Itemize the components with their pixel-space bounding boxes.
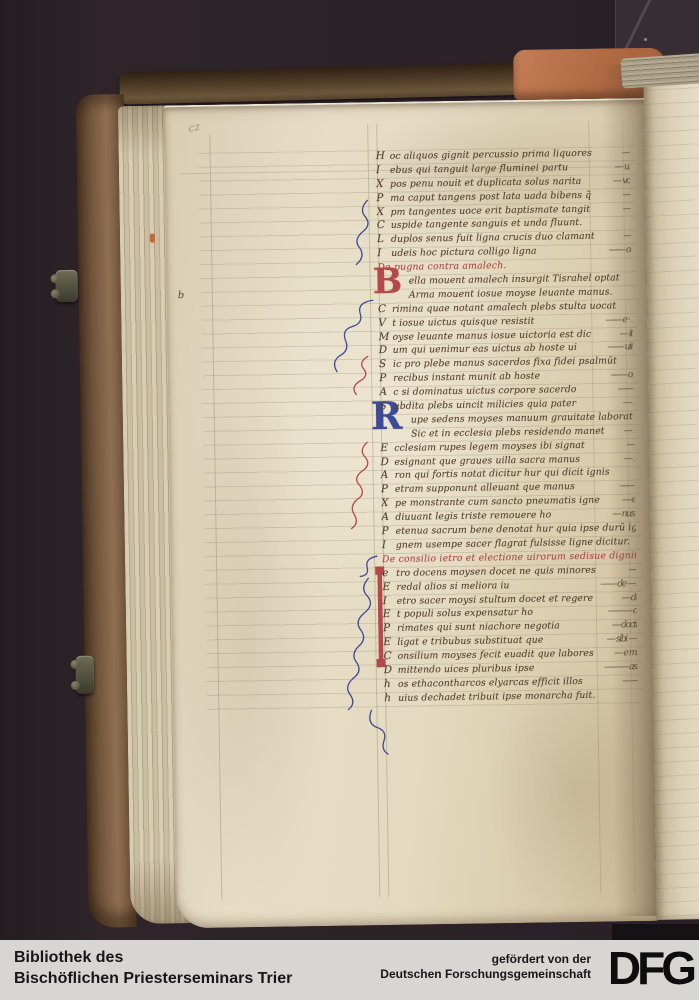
verse-initial-letter: I [376,164,390,178]
line-filler [613,285,632,299]
verse-initial-letter: P [376,192,390,206]
verse-initial-letter: P [381,525,395,539]
verse-initial-letter: P [381,483,395,497]
line-filler: — . [605,424,635,438]
verse-initial-letter: X [381,497,395,511]
line-filler [582,216,631,231]
line-filler: —— o. [537,243,632,258]
dust-speck [644,38,647,41]
line-filler [610,466,635,480]
manuscript-line: huius dechadet tribuit ipse monarcha fui… [384,688,638,706]
line-filler [616,299,632,313]
verse-initial-letter: E [383,636,397,650]
library-name-line2: Bischöflichen Priesterseminars Trier [14,968,292,989]
ruling-line-vertical [209,135,222,900]
line-filler [595,688,638,703]
verse-initial-letter: D [384,664,398,678]
funding-credit: gefördert von der Deutschen Forschungsge… [380,952,591,982]
book-clasp-upper [55,270,77,302]
verse-initial-letter: D [379,344,393,358]
clasp-knob [71,681,80,690]
line-filler: — e [600,493,635,507]
line-filler: — [591,188,630,203]
line-filler: — u. [568,160,630,175]
line-filler [630,535,636,549]
verse-initial-letter: I [382,539,396,553]
line-filler: — nus. [551,507,635,522]
funding-credit-line1: gefördert von der [380,952,591,967]
line-filler: — [595,229,632,243]
verse-initial-letter: P [383,622,397,636]
line-filler: — it [591,327,632,342]
verse-initial-letter: H [376,150,390,164]
line-filler: — sibi —. [543,632,637,647]
line-filler: — vo [581,174,630,189]
verse-initial-letter: C [377,219,391,233]
verse-initial-letter: X [376,178,390,192]
verse-initial-letter: I [383,594,397,608]
verse-initial-letter: P [379,372,393,386]
line-filler: — [585,438,635,453]
verse-initial-letter: h [384,678,398,692]
line-filler: —— [575,479,635,494]
verse-initial-letter: E [382,580,396,594]
verse-initial-letter: L [377,233,391,247]
line-filler [620,271,632,285]
line-filler: —— o. [540,368,633,383]
line-filler: — . [580,452,635,467]
leaf-edge-speck [150,234,155,243]
quire-mark: cz [187,120,202,135]
verse-initial-letter: E [383,608,397,622]
digitized-manuscript-photo: cz b B R I Hoc aliquos gignit percussio … [0,0,699,1000]
verse-text: udeis hoc pictura colligo ligna [391,245,537,261]
verse-initial-letter: M [378,330,392,344]
library-name: Bibliothek des Bischöflichen Priestersem… [14,947,292,989]
dfg-logo: DFG [608,941,693,995]
clasp-knob [51,289,60,298]
signature-mark: b [178,290,185,301]
verse-initial-letter: D [380,455,394,469]
verse-text: uius dechadet tribuit ipse monarcha fuit… [398,689,595,706]
line-filler: — di [593,591,637,606]
facing-page-fore-edge [620,52,699,88]
manuscript-text-block: Hoc aliquos gignit percussio prima liquo… [376,146,639,706]
line-filler: — [590,202,631,217]
verse-initial-letter: V [378,317,392,331]
funding-credit-line2: Deutschen Forschungsgemeinschaft [380,967,591,982]
verse-initial-letter: X [376,205,390,219]
book-clasp-lower [75,656,94,694]
line-filler [633,410,634,424]
verse-initial-letter: e [382,567,396,581]
digitization-banner: Bibliothek des Bischöflichen Priestersem… [0,940,699,1000]
line-filler: — . [576,396,634,411]
line-filler: —— [576,382,633,397]
clasp-knob [71,660,80,669]
verse-initial-letter: A [381,511,395,525]
library-name-line1: Bibliothek des [14,947,292,968]
line-filler: —— uit [577,341,633,356]
open-book: cz b B R I Hoc aliquos gignit percussio … [61,47,699,942]
line-filler: — [596,563,637,578]
verse-initial-letter: A [381,469,395,483]
line-filler: — e m. [594,646,638,661]
verse-initial-letter: E [380,442,394,456]
verse-initial-letter: I [377,247,391,261]
line-filler [617,354,633,368]
line-filler: — docti [560,618,637,633]
verse-initial-letter: h [384,692,398,706]
line-filler: — [592,146,630,160]
verse-initial-letter: A [379,386,393,400]
verse-initial-letter: S [379,358,393,372]
verse-initial-letter: C [383,650,397,664]
clasp-knob [50,274,59,283]
line-filler: —— [583,674,638,689]
verse-initial-letter: S [380,400,394,414]
manuscript-page: cz b B R I Hoc aliquos gignit percussio … [164,98,665,929]
verse-initial-letter: C [378,303,392,317]
